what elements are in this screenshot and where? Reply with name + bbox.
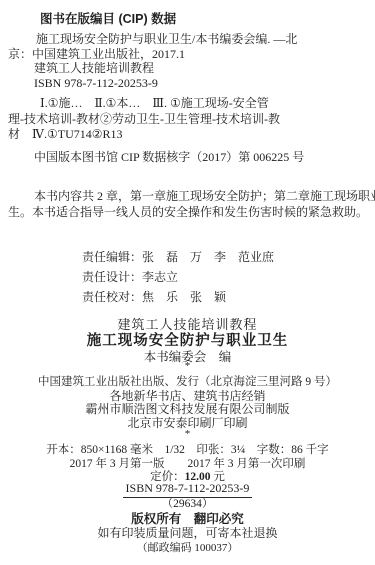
postal-code: （邮政编码 100037） (8, 539, 367, 555)
classification-block: Ⅰ.①施… Ⅱ.①本… Ⅲ. ①施工现场-安全管 理-技术培训-教材②劳动卫生-… (8, 96, 367, 143)
classification-line: 材 Ⅳ.①TU714②R13 (8, 127, 367, 143)
summary-block: 本书内容共 2 章，第一章施工现场安全防护；第二章施工现场职业卫 生。本书适合指… (8, 189, 367, 220)
editor-credit: 责任编辑：张 磊 万 李 范业庶 (82, 247, 367, 267)
summary-line: 本书内容共 2 章，第一章施工现场安全防护；第二章施工现场职业卫 (8, 189, 367, 205)
cip-line: 施工现场安全防护与职业卫生/本书编委会编. —北 (8, 32, 367, 47)
separator-star: * (8, 360, 367, 372)
classification-line: Ⅰ.①施… Ⅱ.①本… Ⅲ. ①施工现场-安全管 (8, 96, 367, 112)
cip-isbn-line: ISBN 978-7-112-20253-9 (8, 76, 367, 91)
cip-record-number: 中国版本图书馆 CIP 数据核字（2017）第 006225 号 (34, 148, 367, 165)
classification-line: 理-技术培训-教材②劳动卫生-卫生管理-技术培训-教 (8, 112, 367, 128)
separator-star: * (8, 428, 367, 440)
cip-line: 建筑工人技能培训教程 (8, 61, 367, 76)
staff-credits: 责任编辑：张 磊 万 李 范业庶 责任设计：李志立 责任校对：焦 乐 张 颖 (82, 247, 367, 307)
cip-line: 京：中国建筑工业出版社，2017.1 (8, 47, 367, 62)
proofread-credit: 责任校对：焦 乐 张 颖 (82, 287, 367, 307)
copyright-page: 图书在版编目 (CIP) 数据 施工现场安全防护与职业卫生/本书编委会编. —北… (0, 0, 375, 565)
cip-header: 图书在版编目 (CIP) 数据 (40, 9, 367, 27)
designer-credit: 责任设计：李志立 (82, 267, 367, 287)
summary-line: 生。本书适合指导一线人员的安全操作和发生伤害时候的紧急救助。 (8, 205, 367, 221)
cip-data-block: 施工现场安全防护与职业卫生/本书编委会编. —北 京：中国建筑工业出版社，201… (8, 32, 367, 90)
